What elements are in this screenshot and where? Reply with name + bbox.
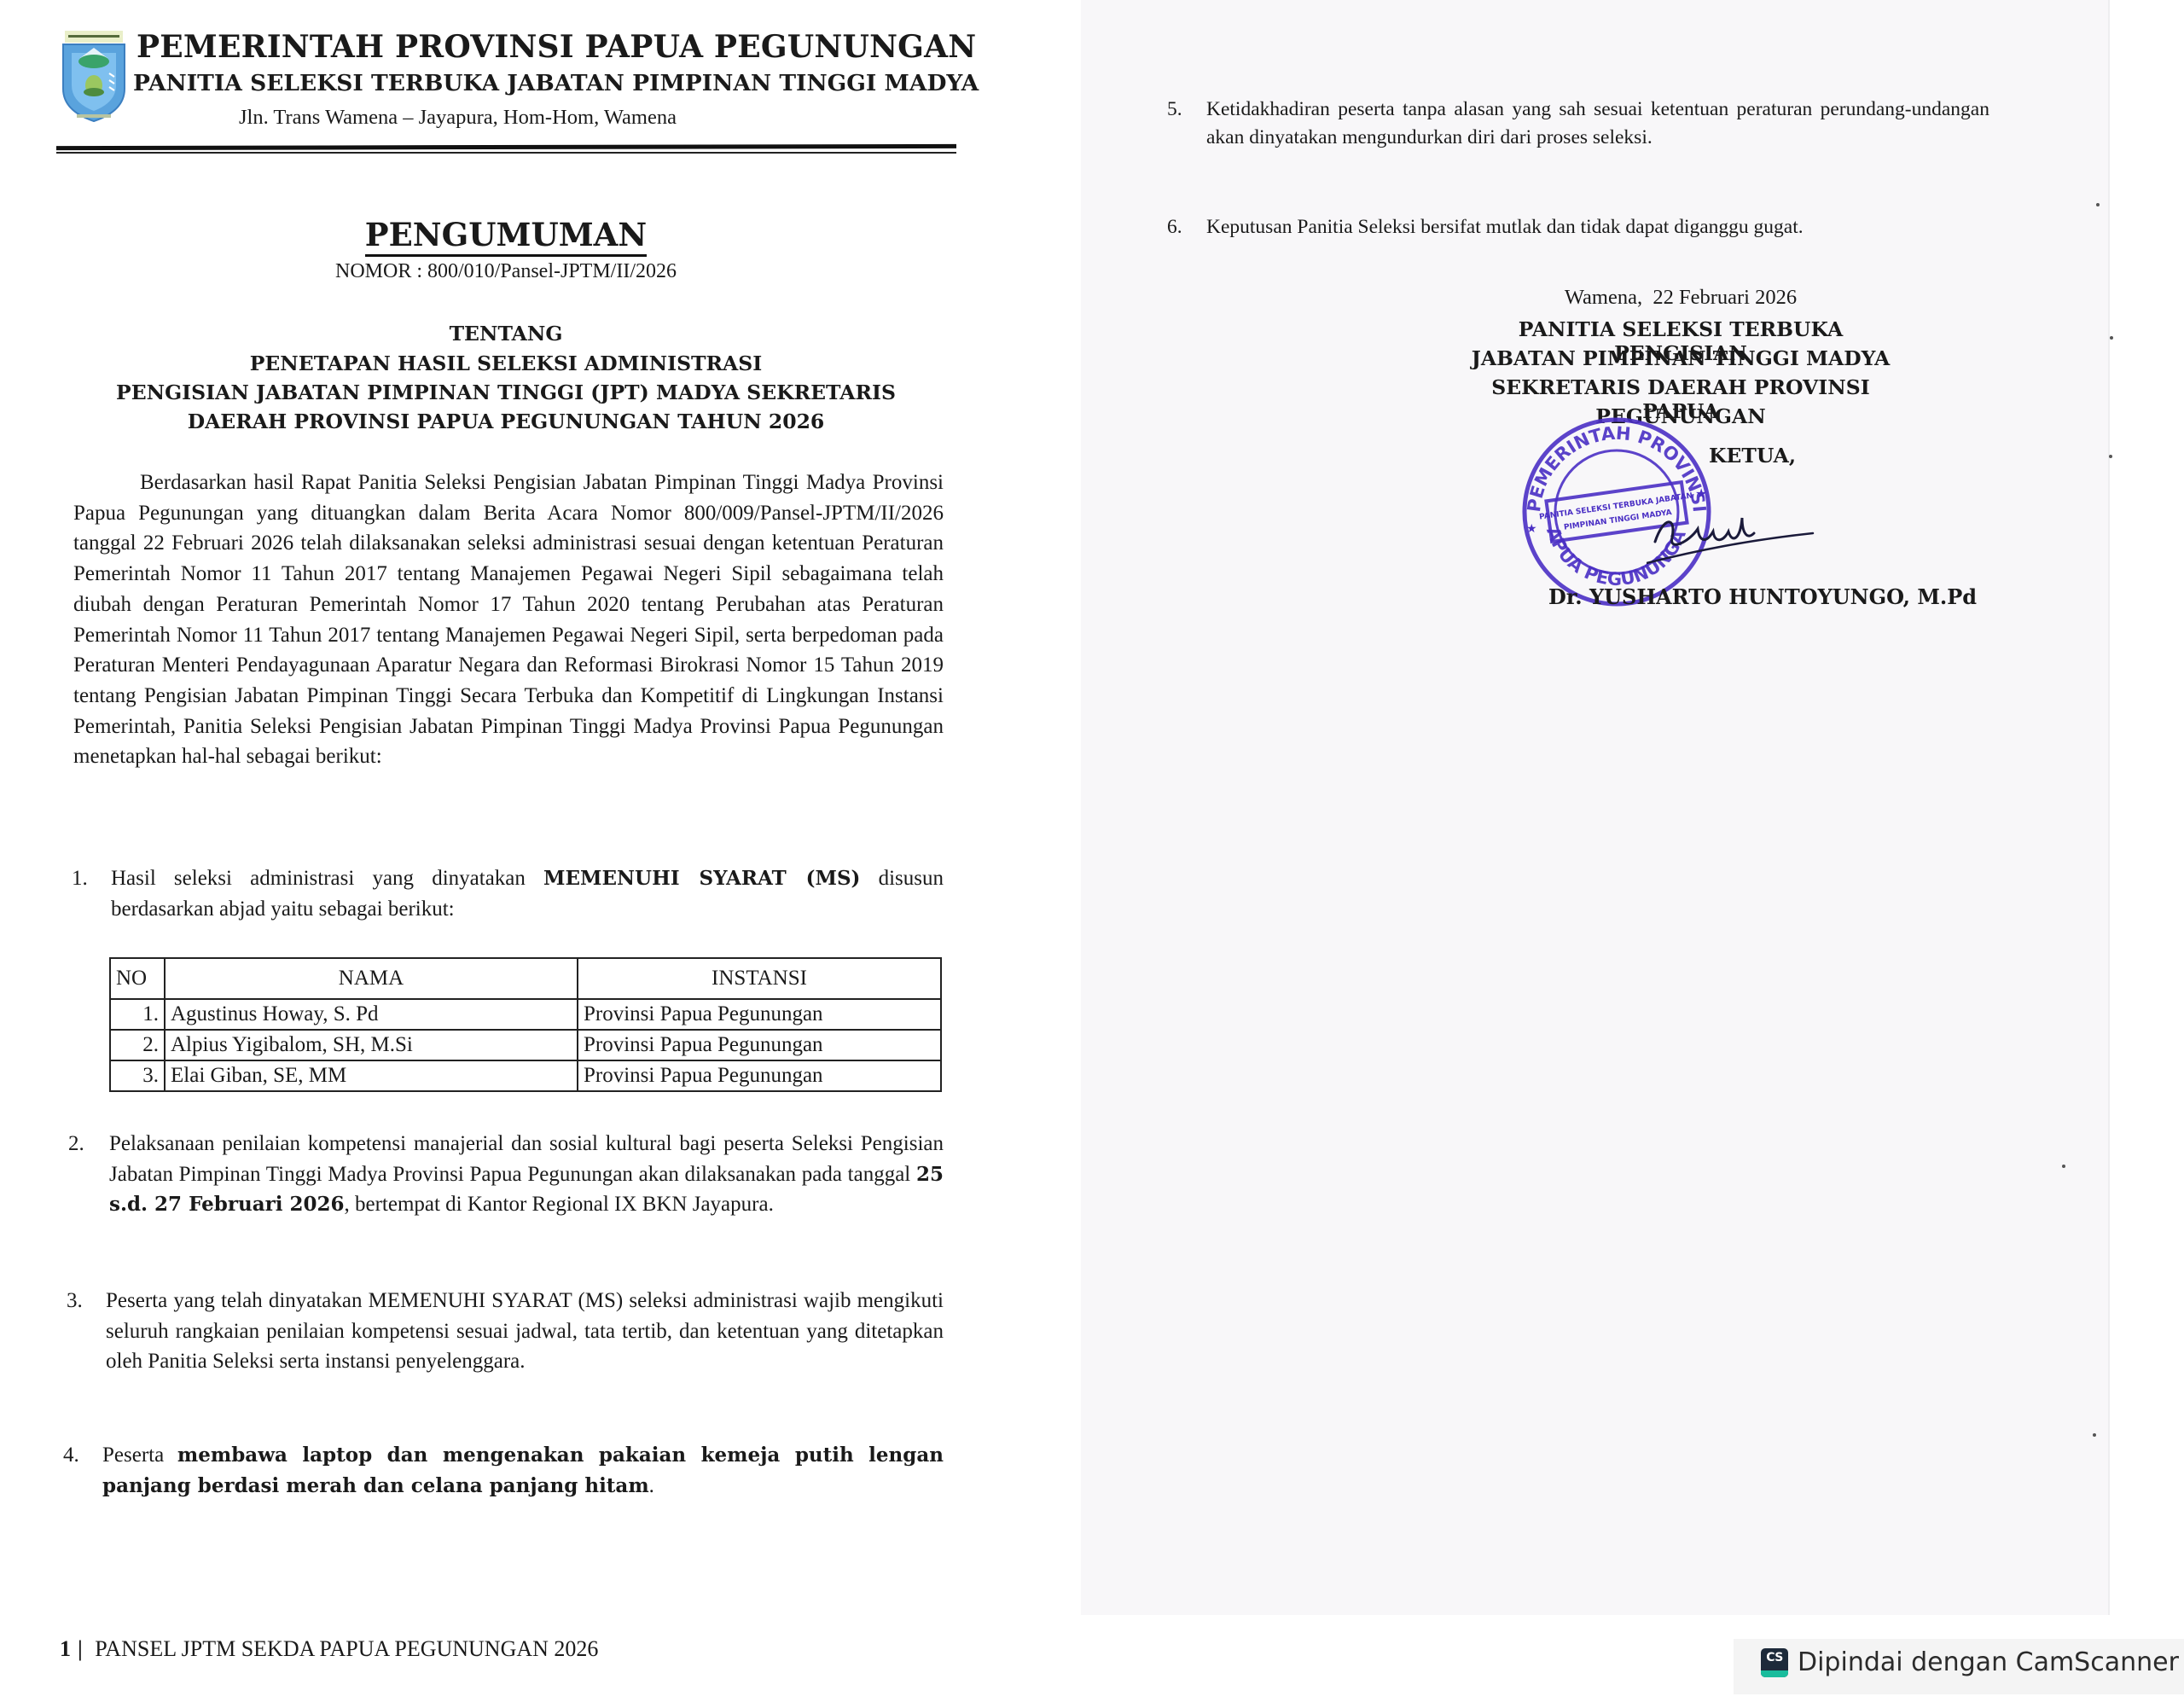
signature-place-date: Wamena, 22 Februari 2026 [1450,286,1911,310]
item-number: 5. [1167,96,1182,124]
svg-text:★: ★ [1526,522,1537,536]
item-bold-text: MEMENUHI SYARAT (MS) [543,867,860,890]
item-number: 4. [63,1440,79,1471]
item-text: , bertempat di Kantor Regional IX BKN Ja… [344,1193,773,1216]
table-row: 3. Elai Giban, SE, MM Provinsi Papua Peg… [110,1060,941,1091]
cell-nama: Agustinus Howay, S. Pd [165,999,578,1030]
camscanner-text: Dipindai dengan CamScanner [1798,1647,2179,1677]
letterhead-government: PEMERINTAH PROVINSI PAPUA PEGUNUNGAN [136,29,976,65]
list-item: 4. Peserta membawa laptop dan mengenakan… [63,1440,944,1501]
item-number: 1. [72,863,88,894]
item-bold-text: membawa laptop dan mengenakan pakaian ke… [102,1444,944,1497]
scan-speck [2062,1165,2065,1168]
page-number: 1 [60,1636,71,1661]
cell-no: 1. [110,999,165,1030]
list-item: 2. Pelaksanaan penilaian kompetensi mana… [68,1129,944,1220]
table-header-row: NO NAMA INSTANSI [110,958,941,999]
list-item: 5. Ketidakhadiran peserta tanpa alasan y… [1167,96,1989,151]
subject-line-3: DAERAH PROVINSI PAPUA PEGUNUNGAN TAHUN 2… [51,410,961,433]
item-text: Pelaksanaan penilaian kompetensi manajer… [109,1132,944,1186]
letterhead-address: Jln. Trans Wamena – Jayapura, Hom-Hom, W… [239,106,677,130]
scan-speck [2110,336,2113,340]
subject-line-2: PENGISIAN JABATAN PIMPINAN TINGGI (JPT) … [51,381,961,404]
signature-org-line-2: JABATAN PIMPINAN TINGGI MADYA [1450,346,1911,370]
letterhead-rule-thin [56,152,956,154]
subject-line-1: PENETAPAN HASIL SELEKSI ADMINISTRASI [51,351,961,375]
logo-stripe [1761,1670,1788,1677]
item-text: Peserta yang telah dinyatakan MEMENUHI S… [106,1289,944,1373]
subject-label: TENTANG [51,322,961,346]
page-footer: 1| PANSEL JPTM SEKDA PAPUA PEGUNUNGAN 20… [60,1636,598,1662]
title-text: PENGUMUMAN [365,216,647,257]
document-number: NOMOR : 800/010/Pansel-JPTM/II/2026 [51,260,961,283]
page-2 [1081,0,2109,1615]
intro-paragraph: Berdasarkan hasil Rapat Panitia Seleksi … [73,468,944,772]
list-item: 1. Hasil seleksi administrasi yang dinya… [72,863,944,924]
scan-speck [2096,203,2100,206]
cell-instansi: Provinsi Papua Pegunungan [578,1030,941,1060]
scan-speck [2093,1433,2096,1437]
item-text: Peserta [102,1444,177,1467]
column-header-instansi: INSTANSI [578,958,941,999]
cell-instansi: Provinsi Papua Pegunungan [578,999,941,1030]
item-text: Keputusan Panitia Seleksi bersifat mutla… [1206,216,1804,238]
item-number: 3. [67,1286,83,1316]
cell-nama: Elai Giban, SE, MM [165,1060,578,1091]
handwritten-signature-icon [1647,499,1817,567]
list-item: 6. Keputusan Panitia Seleksi bersifat mu… [1167,213,2012,241]
page-title: PENGUMUMAN [51,216,961,253]
footer-text: PANSEL JPTM SEKDA PAPUA PEGUNUNGAN 2026 [95,1636,598,1661]
table-row: 1. Agustinus Howay, S. Pd Provinsi Papua… [110,999,941,1030]
cell-no: 2. [110,1030,165,1060]
qualified-candidates-table: NO NAMA INSTANSI 1. Agustinus Howay, S. … [109,957,942,1092]
list-item: 3. Peserta yang telah dinyatakan MEMENUH… [67,1286,944,1377]
letterhead-committee: PANITIA SELEKSI TERBUKA JABATAN PIMPINAN… [133,70,979,96]
item-text: Hasil seleksi administrasi yang dinyatak… [111,867,543,890]
column-header-no: NO [110,958,165,999]
table-row: 2. Alpius Yigibalom, SH, M.Si Provinsi P… [110,1030,941,1060]
camscanner-logo-icon: CS [1761,1648,1788,1677]
cell-nama: Alpius Yigibalom, SH, M.Si [165,1030,578,1060]
papua-pegunungan-crest-icon [56,29,131,125]
signatory-name: Dr. YUSHARTO HUNTOYUNGO, M.Pd [1548,584,1977,609]
logo-text: CS [1761,1651,1788,1664]
cell-no: 3. [110,1060,165,1091]
item-text: . [649,1474,654,1497]
column-header-nama: NAMA [165,958,578,999]
item-text: Ketidakhadiran peserta tanpa alasan yang… [1206,98,1989,148]
cell-instansi: Provinsi Papua Pegunungan [578,1060,941,1091]
scan-speck [2109,455,2112,458]
footer-separator: | [78,1636,83,1661]
item-number: 2. [68,1129,84,1159]
page-2-edge [2108,0,2110,1615]
item-number: 6. [1167,213,1182,241]
signature-role: KETUA, [1709,444,1796,468]
